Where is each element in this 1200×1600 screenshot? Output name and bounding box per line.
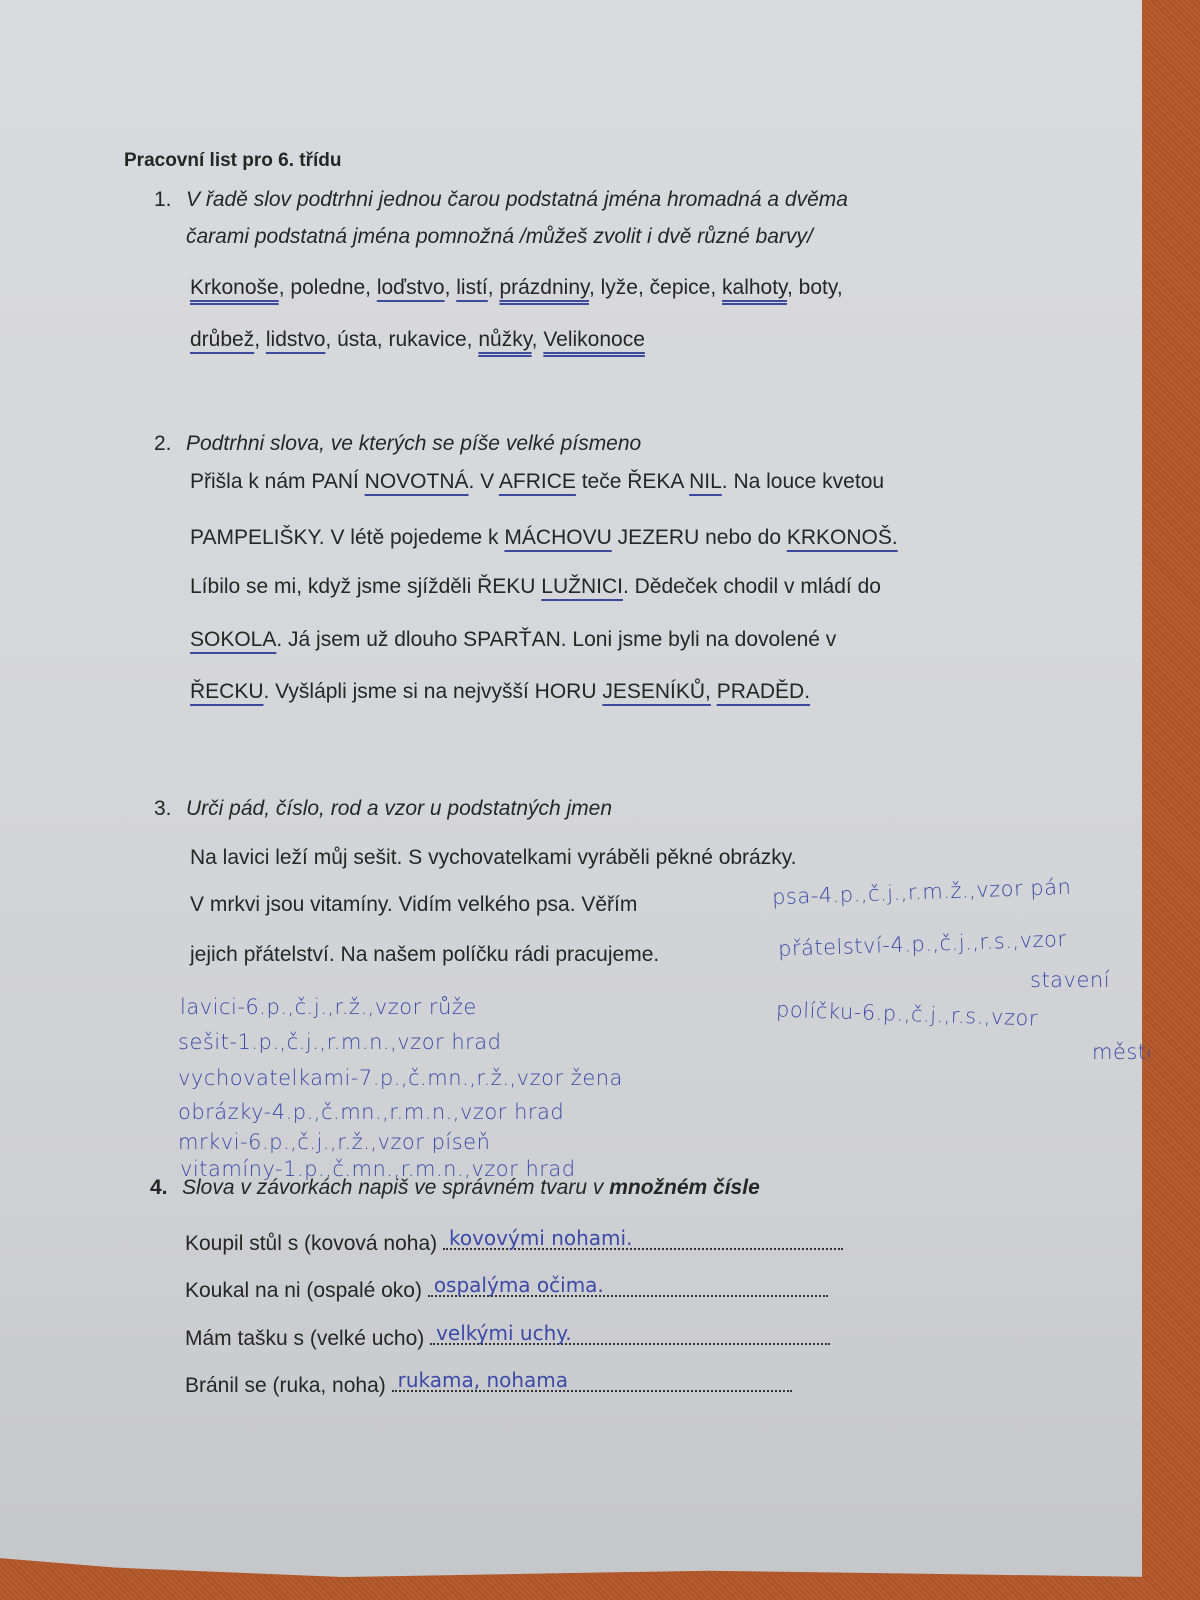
worksheet-title: Pracovní list pro 6. třídu	[124, 150, 342, 172]
task-3-sentence-1: Na lavici leží můj sešit. S vychovatelka…	[190, 846, 797, 870]
handwritten-answer: políčku-6.p.,č.j.,r.s.,vzor	[776, 997, 1039, 1030]
handwritten-answer: stavení	[1030, 968, 1110, 992]
task-2-instruction: 2.Podtrhni slova, ve kterých se píše vel…	[154, 432, 641, 456]
underlined-word: NOVOTNÁ	[365, 470, 469, 493]
task-2-sentence-line: ŘECKU. Vyšlápli jsme si na nejvyšší HORU…	[190, 680, 810, 704]
worksheet-paper: Pracovní list pro 6. třídu 1.V řadě slov…	[0, 0, 1142, 1577]
task-number: 1.	[154, 188, 186, 212]
task-3-sentence-2: V mrkvi jsou vitamíny. Vidím velkého psa…	[190, 893, 637, 917]
handwritten-answer: rukama, nohama	[398, 1368, 568, 1392]
word: lyže	[601, 276, 638, 299]
handwritten-answer: mrkvi-6.p.,č.j.,r.ž.,vzor píseň	[178, 1130, 490, 1154]
word: loďstvo	[377, 276, 445, 299]
underlined-word: JESENÍKŮ,	[602, 680, 711, 703]
text-segment: PAMPELIŠKY. V létě pojedeme k	[190, 526, 504, 549]
text-segment: Přišla k nám PANÍ	[190, 470, 365, 493]
word: Krkonoše	[190, 276, 279, 299]
word: listí	[456, 276, 488, 299]
answer-blank[interactable]: rukama, nohama	[392, 1372, 792, 1392]
instruction-emphasis: množném čísle	[609, 1176, 760, 1199]
fill-in-prompt: Koukal na ni (ospalé oko)	[185, 1279, 428, 1302]
handwritten-answer: velkými uchy.	[436, 1321, 572, 1345]
handwritten-answer: město	[1092, 1040, 1160, 1064]
text-segment: Líbilo se mi, když jsme sjížděli ŘEKU	[190, 575, 541, 598]
handwritten-answer: obrázky-4.p.,č.mn.,r.m.n.,vzor hrad	[178, 1100, 564, 1124]
handwritten-answer: přátelství-4.p.,č.j.,r.s.,vzor	[778, 927, 1067, 961]
instruction-text: Urči pád, číslo, rod a vzor u podstatnýc…	[186, 797, 612, 820]
instruction-text: Podtrhni slova, ve kterých se píše velké…	[186, 432, 641, 455]
word: Velikonoce	[543, 328, 645, 351]
word: boty	[799, 276, 837, 299]
handwritten-answer: ospalýma očima.	[434, 1273, 604, 1297]
task-3-instruction: 3.Urči pád, číslo, rod a vzor u podstatn…	[154, 797, 612, 821]
word: lidstvo	[266, 328, 326, 351]
task-3-sentence-3: jejich přátelství. Na našem políčku rádi…	[190, 943, 659, 967]
underlined-word: LUŽNICI	[541, 575, 623, 598]
task-4-instruction: 4.Slova v závorkách napiš ve správném tv…	[150, 1176, 760, 1200]
text-segment: . Dědeček chodil v mládí do	[623, 575, 881, 598]
task-number: 3.	[154, 797, 186, 821]
text-segment: . Vyšlápli jsme si na nejvyšší HORU	[264, 680, 603, 703]
text-segment: . V	[469, 470, 499, 493]
underlined-word: KRKONOŠ.	[787, 526, 898, 549]
handwritten-answer: psa-4.p.,č.j.,r.m.ž.,vzor pán	[772, 875, 1072, 909]
task-1-instruction-cont: čarami podstatná jména pomnožná /můžeš z…	[186, 225, 813, 249]
answer-blank[interactable]: kovovými nohami.	[443, 1230, 843, 1250]
word: ústa	[337, 328, 377, 351]
fill-in-prompt: Koupil stůl s (kovová noha)	[185, 1232, 443, 1255]
fill-in-item: Koupil stůl s (kovová noha) kovovými noh…	[185, 1230, 843, 1256]
task-2-sentence-line: PAMPELIŠKY. V létě pojedeme k MÁCHOVU JE…	[190, 526, 898, 550]
text-segment: teče ŘEKA	[576, 470, 689, 493]
underlined-word: PRADĚD.	[717, 680, 810, 703]
underlined-word: AFRICE	[499, 470, 576, 493]
text-segment: JEZERU nebo do	[612, 526, 787, 549]
handwritten-answer: kovovými nohami.	[449, 1226, 633, 1250]
word: prázdniny	[499, 276, 589, 299]
text-segment: . Na louce kvetou	[722, 470, 884, 493]
fill-in-item: Bránil se (ruka, noha) rukama, nohama	[185, 1372, 792, 1398]
word: nůžky	[478, 328, 531, 351]
fill-in-item: Mám tašku s (velké ucho) velkými uchy.	[185, 1325, 830, 1351]
underlined-word: MÁCHOVU	[504, 526, 611, 549]
word: poledne	[290, 276, 365, 299]
fill-in-item: Koukal na ni (ospalé oko) ospalýma očima…	[185, 1277, 828, 1303]
text-segment: . Já jsem už dlouho SPARŤAN. Loni jsme b…	[276, 628, 836, 651]
answer-blank[interactable]: ospalýma očima.	[428, 1277, 828, 1297]
task-number: 4.	[150, 1176, 182, 1200]
word: rukavice	[388, 328, 466, 351]
fill-in-prompt: Mám tašku s (velké ucho)	[185, 1327, 430, 1350]
underlined-word: ŘECKU	[190, 680, 264, 703]
instruction-text: Slova v závorkách napiš ve správném tvar…	[182, 1176, 609, 1199]
task-number: 2.	[154, 432, 186, 456]
task-2-sentence-line: Přišla k nám PANÍ NOVOTNÁ. V AFRICE teče…	[190, 470, 884, 494]
task-2-sentence-line: Líbilo se mi, když jsme sjížděli ŘEKU LU…	[190, 575, 881, 599]
task-1-words-line-1: Krkonoše, poledne, loďstvo, listí, prázd…	[190, 276, 843, 300]
word: kalhoty	[722, 276, 787, 299]
underlined-word: SOKOLA	[190, 628, 276, 651]
handwritten-answer: lavici-6.p.,č.j.,r.ž.,vzor růže	[180, 995, 477, 1019]
instruction-text: V řadě slov podtrhni jednou čarou podsta…	[186, 188, 848, 211]
task-1-words-line-2: drůbež, lidstvo, ústa, rukavice, nůžky, …	[190, 328, 645, 352]
underlined-word: NIL	[689, 470, 722, 493]
task-1-instruction: 1.V řadě slov podtrhni jednou čarou pods…	[154, 188, 848, 212]
handwritten-answer: sešit-1.p.,č.j.,r.m.n.,vzor hrad	[178, 1030, 502, 1054]
word: drůbež	[190, 328, 254, 351]
fill-in-prompt: Bránil se (ruka, noha)	[185, 1374, 392, 1397]
task-2-sentence-line: SOKOLA. Já jsem už dlouho SPARŤAN. Loni …	[190, 628, 836, 652]
word: čepice	[650, 276, 711, 299]
handwritten-answer: vychovatelkami-7.p.,č.mn.,r.ž.,vzor žena	[178, 1066, 623, 1090]
answer-blank[interactable]: velkými uchy.	[430, 1325, 830, 1345]
